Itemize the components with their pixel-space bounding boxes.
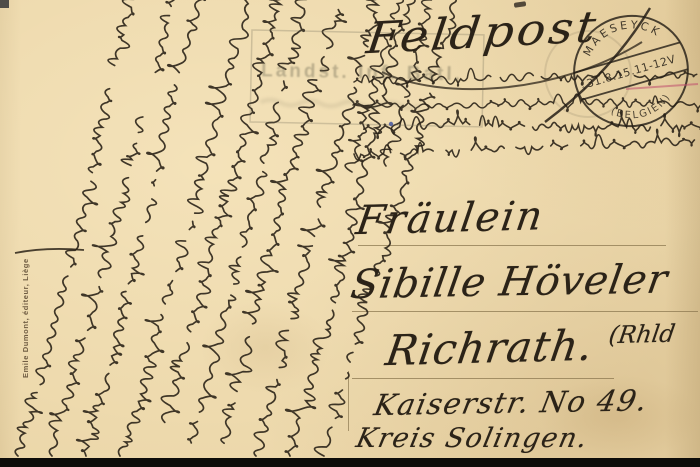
handwriting-line <box>156 0 294 426</box>
address-recipient-title: Fräulein <box>353 193 547 244</box>
paper-stain <box>200 300 330 395</box>
handwriting-line <box>178 0 324 446</box>
postmark-country-text: (BELGIEN) <box>607 89 677 128</box>
red-pencil-mark <box>626 84 698 89</box>
feldpost-label: Feldpost <box>364 2 602 65</box>
scan-bottom-border <box>0 458 700 467</box>
postmark-ornament: * <box>581 85 589 96</box>
address-district: Kreis Solingen. <box>353 423 591 454</box>
handwriting-line <box>363 104 700 145</box>
address-rule-1 <box>358 245 666 246</box>
handwriting-line <box>2 0 153 459</box>
address-divider-line <box>348 371 349 431</box>
address-rule-3 <box>352 378 614 379</box>
postcard: Landst. Inf. Batl. MAESEYCK (BELGIEN) 31… <box>0 0 700 467</box>
handwriting-line <box>202 0 352 446</box>
handwriting-line <box>354 128 695 160</box>
handwriting-line <box>353 92 700 118</box>
scan-corner-mark <box>0 0 9 8</box>
publisher-imprint: Emile Dumont, éditeur, Liège <box>21 246 30 378</box>
handwriting-line <box>354 61 697 96</box>
address-recipient-name: Sibille Höveler <box>348 256 672 308</box>
handwriting-line <box>37 0 183 458</box>
censor-stamp-faded-row <box>260 100 420 108</box>
address-city-text: Richrath. <box>383 321 597 376</box>
handwriting-line <box>65 0 218 458</box>
address-rule-2 <box>352 311 698 312</box>
handwriting-line <box>110 0 261 460</box>
postmark-date: 31.8.15.11-12V <box>585 53 677 91</box>
blue-ink-dot <box>389 122 393 126</box>
address-street: Kaiserstr. No 49. <box>371 383 651 422</box>
postmark-band-bottom <box>582 69 688 99</box>
address-city: Richrath. (Rhld <box>383 318 678 375</box>
censor-stamp-text: Landst. Inf. Batl. <box>261 60 463 85</box>
address-region-abbrev: (Rhld <box>607 319 677 349</box>
